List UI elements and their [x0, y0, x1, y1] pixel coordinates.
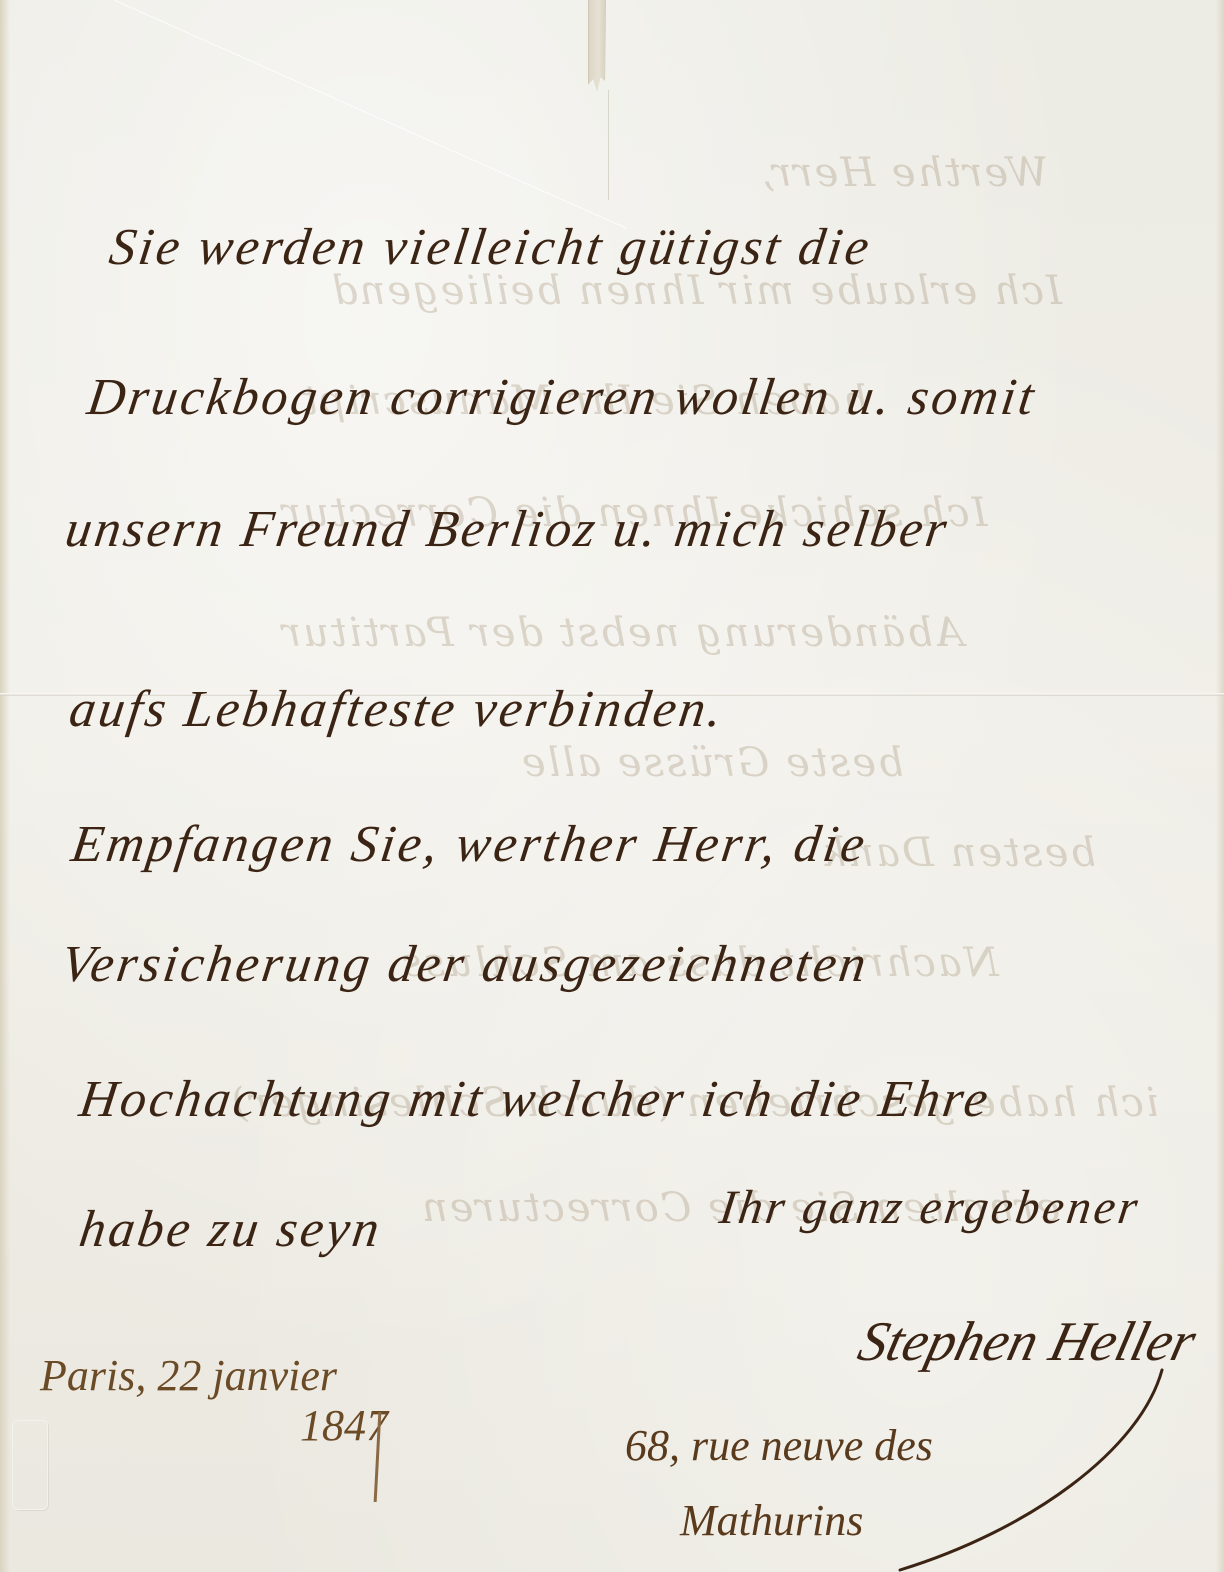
paper-edge-right	[1216, 0, 1224, 1572]
place-date-line1: Paris, 22 janvier	[40, 1350, 337, 1401]
bleed-through-line: Abänderung nebst der Partitur	[280, 610, 964, 656]
blind-stamp-emboss	[12, 1420, 48, 1510]
letter-page: Werthe Herr, Ich erlaube mir Ihnen beili…	[0, 0, 1224, 1572]
address-line1: 68, rue neuve des	[625, 1420, 933, 1471]
letter-body-line: habe zu seyn	[76, 1200, 386, 1259]
place-date-line2: 1847	[300, 1400, 388, 1451]
letter-body-line: aufs Lebhafteste verbinden.	[66, 680, 729, 739]
bleed-through-line: Werthe Herr,	[760, 150, 1048, 196]
bleed-through-line: beste Grüsse alle	[520, 740, 904, 786]
letter-body-line: Empfangen Sie, werther Herr, die	[68, 815, 871, 874]
letter-closing: Ihr ganz ergebener	[716, 1180, 1144, 1235]
letter-body-line: Sie werden vielleicht gütigst die	[106, 218, 876, 277]
paper-tear	[588, 0, 606, 92]
paper-crease-diagonal	[115, 0, 627, 229]
letter-body-line: Hochachtung mit welcher ich die Ehre	[76, 1070, 995, 1129]
letter-body-line: Versicherung der ausgezeichneten	[58, 935, 873, 994]
paper-edge-left	[0, 0, 10, 1572]
paper-crease	[608, 90, 609, 200]
letter-body-line: Druckbogen corrigieren wollen u. somit	[84, 368, 1041, 427]
address-line2: Mathurins	[680, 1495, 863, 1546]
letter-body-line: unsern Freund Berlioz u. mich selber	[62, 500, 953, 559]
